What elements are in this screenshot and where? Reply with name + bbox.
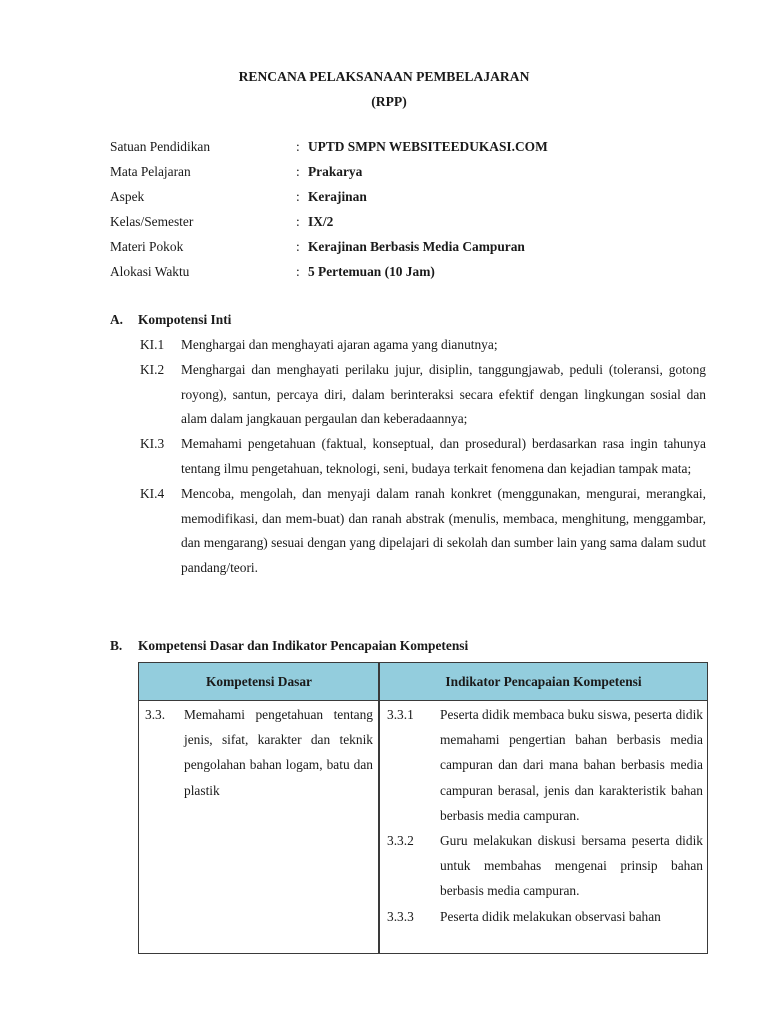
meta-value: 5 Pertemuan (10 Jam) xyxy=(308,263,435,281)
column-header-kompetensi-dasar: Kompetensi Dasar xyxy=(139,663,379,701)
meta-label: Materi Pokok xyxy=(110,238,183,256)
section-a-heading: A.Kompotensi Inti xyxy=(110,312,231,328)
indicator-text: Guru melakukan diskusi bersama peserta d… xyxy=(440,828,703,904)
ki-number: KI.2 xyxy=(140,358,164,383)
indicator-entry: 3.3.1 Peserta didik membaca buku siswa, … xyxy=(387,702,703,828)
section-b-heading: B.Kompetensi Dasar dan Indikator Pencapa… xyxy=(110,638,468,654)
meta-colon: : xyxy=(296,163,300,181)
kd-indicator-table: Kompetensi Dasar Indikator Pencapaian Ko… xyxy=(138,662,708,954)
kompetensi-inti-list: KI.1 Menghargai dan menghayati ajaran ag… xyxy=(140,333,706,581)
meta-label: Mata Pelajaran xyxy=(110,163,191,181)
document-title: RENCANA PELAKSANAAN PEMBELAJARAN xyxy=(0,69,768,85)
kd-number: 3.3. xyxy=(145,702,165,727)
meta-value: Kerajinan xyxy=(308,188,367,206)
ki-text: Mencoba, mengolah, dan menyaji dalam ran… xyxy=(181,482,706,581)
section-title: Kompotensi Inti xyxy=(138,312,231,327)
table-header: Kompetensi Dasar Indikator Pencapaian Ko… xyxy=(139,663,707,701)
kd-cell: 3.3. Memahami pengetahuan tentang jenis,… xyxy=(145,702,373,803)
meta-label: Alokasi Waktu xyxy=(110,263,189,281)
meta-value: UPTD SMPN WEBSITEEDUKASI.COM xyxy=(308,138,548,156)
meta-colon: : xyxy=(296,263,300,281)
section-letter: B. xyxy=(110,638,138,654)
ki-item: KI.2 Menghargai dan menghayati perilaku … xyxy=(140,358,706,432)
kd-entry: 3.3. Memahami pengetahuan tentang jenis,… xyxy=(145,702,373,803)
document-subtitle: (RPP) xyxy=(5,94,768,110)
indicator-text: Peserta didik membaca buku siswa, pesert… xyxy=(440,702,703,828)
meta-colon: : xyxy=(296,238,300,256)
column-divider xyxy=(378,663,380,953)
ki-item: KI.3 Memahami pengetahuan (faktual, kons… xyxy=(140,432,706,482)
section-title: Kompetensi Dasar dan Indikator Pencapaia… xyxy=(138,638,468,653)
indicator-cell: 3.3.1 Peserta didik membaca buku siswa, … xyxy=(387,702,703,929)
indicator-number: 3.3.2 xyxy=(387,828,414,853)
meta-label: Kelas/Semester xyxy=(110,213,193,231)
meta-label: Satuan Pendidikan xyxy=(110,138,210,156)
meta-value: IX/2 xyxy=(308,213,333,231)
document-page: RENCANA PELAKSANAAN PEMBELAJARAN (RPP) S… xyxy=(0,0,768,1024)
section-letter: A. xyxy=(110,312,138,328)
meta-colon: : xyxy=(296,188,300,206)
indicator-number: 3.3.3 xyxy=(387,904,414,929)
indicator-number: 3.3.1 xyxy=(387,702,414,727)
ki-item: KI.4 Mencoba, mengolah, dan menyaji dala… xyxy=(140,482,706,581)
ki-text: Memahami pengetahuan (faktual, konseptua… xyxy=(181,432,706,482)
meta-colon: : xyxy=(296,213,300,231)
meta-value: Kerajinan Berbasis Media Campuran xyxy=(308,238,525,256)
ki-number: KI.1 xyxy=(140,333,164,358)
ki-number: KI.4 xyxy=(140,482,164,507)
indicator-entry: 3.3.2 Guru melakukan diskusi bersama pes… xyxy=(387,828,703,904)
meta-label: Aspek xyxy=(110,188,144,206)
indicator-entry: 3.3.3 Peserta didik melakukan observasi … xyxy=(387,904,703,929)
kd-text: Memahami pengetahuan tentang jenis, sifa… xyxy=(184,702,373,803)
ki-item: KI.1 Menghargai dan menghayati ajaran ag… xyxy=(140,333,706,358)
meta-value: Prakarya xyxy=(308,163,362,181)
indicator-text: Peserta didik melakukan observasi bahan xyxy=(440,904,703,929)
meta-colon: : xyxy=(296,138,300,156)
ki-number: KI.3 xyxy=(140,432,164,457)
column-header-indikator: Indikator Pencapaian Kompetensi xyxy=(380,663,707,701)
ki-text: Menghargai dan menghayati ajaran agama y… xyxy=(181,333,706,358)
ki-text: Menghargai dan menghayati perilaku jujur… xyxy=(181,358,706,432)
